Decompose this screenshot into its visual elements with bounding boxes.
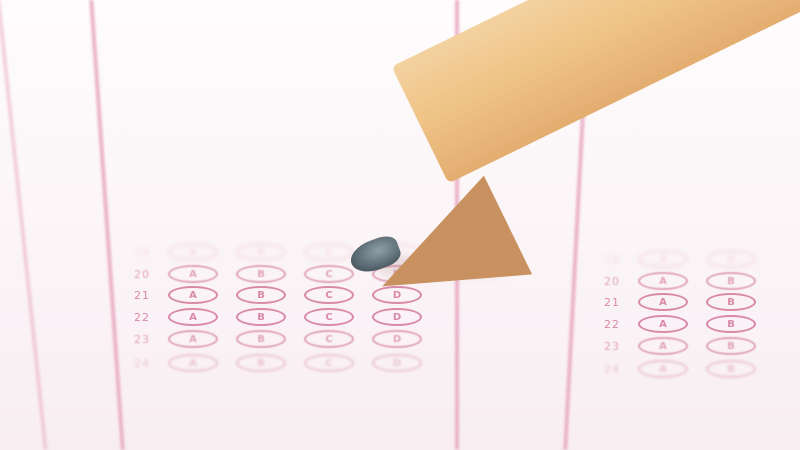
bubble[interactable]: C (304, 265, 354, 283)
answer-row: 24 A B (590, 360, 756, 378)
bubble[interactable]: B (236, 286, 286, 304)
bubble[interactable]: B (706, 250, 756, 268)
bubble[interactable]: A (168, 330, 218, 348)
answer-row: 21 A B (590, 293, 756, 311)
bubble[interactable]: A (638, 293, 688, 311)
bubble[interactable]: B (236, 265, 286, 283)
sheet-border-line (0, 0, 48, 450)
answer-row: 23 A B C D (120, 330, 422, 348)
bubble[interactable]: A (168, 243, 218, 261)
bubble[interactable]: C (304, 354, 354, 372)
sheet-border-line (89, 0, 124, 450)
bubble[interactable]: B (706, 360, 756, 378)
bubble[interactable]: B (236, 308, 286, 326)
bubble[interactable]: B (236, 243, 286, 261)
bubble[interactable]: A (168, 308, 218, 326)
bubble[interactable]: A (168, 354, 218, 372)
answer-row: 21 A B C D (120, 286, 422, 304)
bubble[interactable]: D (372, 330, 422, 348)
bubble[interactable]: B (706, 337, 756, 355)
answer-row: 22 A B C D (120, 308, 422, 326)
bubble[interactable]: A (168, 286, 218, 304)
bubble[interactable]: A (638, 272, 688, 290)
pencil-body (392, 0, 800, 183)
answer-row: 19 A B (590, 250, 756, 268)
answer-row: 23 A B (590, 337, 756, 355)
bubble[interactable]: B (706, 293, 756, 311)
bubble[interactable]: C (304, 330, 354, 348)
bubble[interactable]: A (168, 265, 218, 283)
bubble[interactable]: A (638, 315, 688, 333)
bubble[interactable]: B (706, 272, 756, 290)
bubble[interactable]: A (638, 360, 688, 378)
bubble[interactable]: B (706, 315, 756, 333)
bubble[interactable]: B (236, 354, 286, 372)
answer-row: 24 A B C D (120, 354, 422, 372)
bubble[interactable]: C (304, 243, 354, 261)
bubble[interactable]: C (304, 308, 354, 326)
bubble[interactable]: B (236, 330, 286, 348)
bubble[interactable]: C (304, 286, 354, 304)
bubble[interactable]: A (638, 337, 688, 355)
answer-row: 20 A B (590, 272, 756, 290)
answer-row: 22 A B (590, 315, 756, 333)
photo-background: 19 A B C D 20 A B C D 21 A B C D 22 A B … (0, 0, 800, 450)
bubble[interactable]: D (372, 354, 422, 372)
bubble[interactable]: A (638, 250, 688, 268)
